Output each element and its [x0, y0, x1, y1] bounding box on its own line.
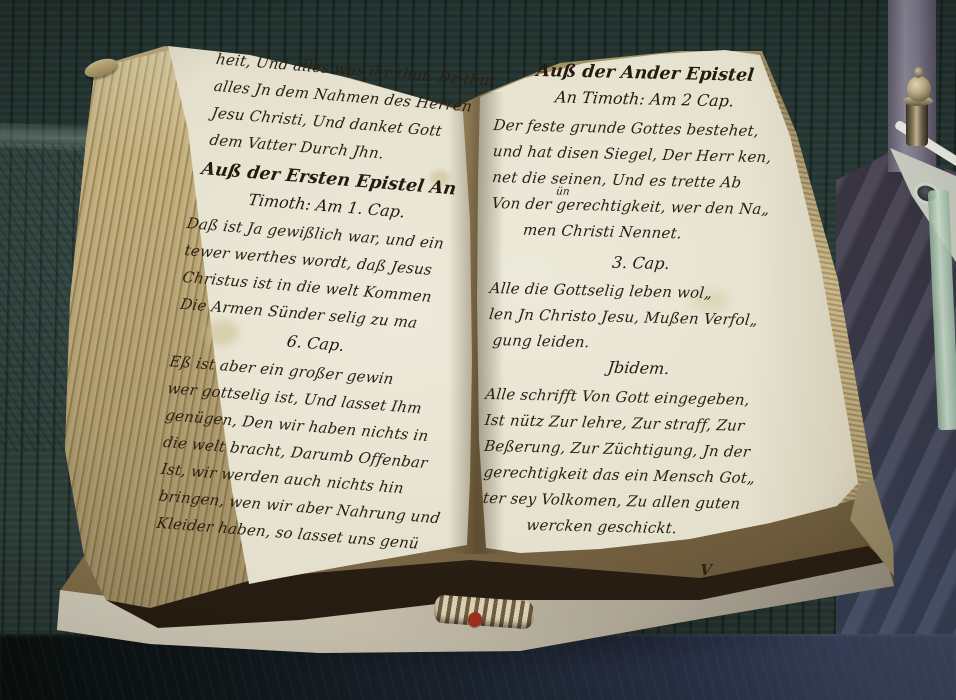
manuscript-line: Alle schrifft Von Gott eingegeben,	[484, 385, 750, 409]
manuscript-line: dem Vatter Durch Jhn.	[208, 131, 385, 163]
manuscript-line: len Jn Christo Jesu, Mußen Verfol„	[488, 305, 759, 329]
manuscript-line: und hat disen Siegel, Der Herr ken,	[492, 142, 772, 166]
heading-line: Jbidem.	[485, 355, 792, 381]
brass-knob-finial	[914, 67, 923, 78]
manuscript-line: Beßerung, Zur Züchtigung, Jn der	[483, 437, 751, 461]
manuscript-line: gerechtigkeit das ein Mensch Got„	[483, 463, 756, 487]
brass-hinge-post	[906, 100, 928, 146]
heading-line: An Timoth: Am 2 Cap.	[491, 86, 798, 112]
manuscript-text-right: Auß der Ander Epistel An Timoth: Am 2 Ca…	[482, 60, 798, 559]
manuscript-line: ter sey Volkomen, Zu allen guten	[482, 489, 741, 513]
manuscript-text-left: heit, Und alles was ihr thut. Dz thut al…	[153, 48, 484, 570]
manuscript-line: gung leiden.	[492, 331, 591, 351]
catchword: V	[699, 561, 712, 579]
manuscript-line: Der feste grunde Gottes bestehet,	[493, 116, 760, 140]
manuscript-line: Ist nütz Zur lehre, Zur straff, Zur	[484, 411, 746, 435]
manuscript-line: net die seinen, Und es trette Ab	[491, 168, 742, 192]
manuscript-line: wercken geschickt.	[525, 516, 678, 537]
display-case-photo: heit, Und alles was ihr thut. Dz thut al…	[0, 0, 956, 700]
manuscript-line: men Christi Nennet.	[522, 221, 683, 243]
manuscript-line: Von der gerechtigkeit, wer den Na„	[491, 194, 771, 218]
brass-knob	[907, 76, 931, 102]
manuscript-line: Alle die Gottselig leben wol„	[489, 279, 713, 302]
heading-line: 3. Cap.	[487, 250, 794, 276]
